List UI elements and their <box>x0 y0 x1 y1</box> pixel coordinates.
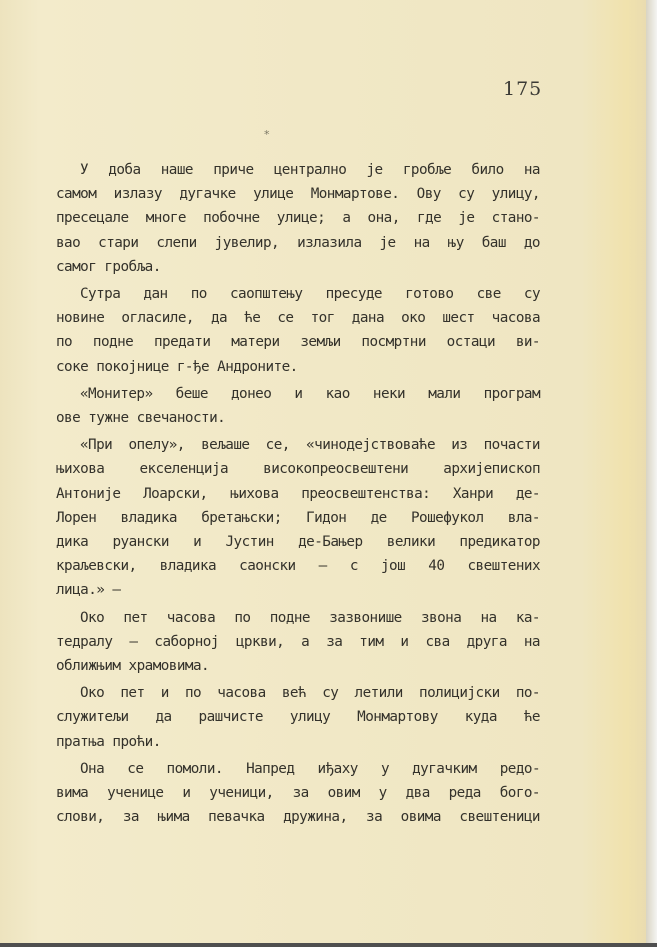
text-line: оближњим храмовима. <box>56 654 540 678</box>
text-line: Лорен владика бретањски; Гидон де Рошефу… <box>56 506 540 530</box>
paragraph: Око пет и по часова већ су летили полици… <box>56 681 540 754</box>
text-line: ове тужне свечаности. <box>56 406 540 430</box>
text-line: вима ученице и ученици, за овим у два ре… <box>56 781 540 805</box>
text-line: по подне предати матери земљи посмртни о… <box>56 330 540 354</box>
text-line: тедралу — саборној цркви, а за тим и сва… <box>56 630 540 654</box>
page-edge <box>646 0 657 943</box>
text-line: краљевски, владика саонски — с још 40 св… <box>56 554 540 578</box>
text-line: служитељи да рашчисте улицу Монмартову к… <box>56 705 540 729</box>
text-line: У доба наше приче централно је гробље би… <box>56 158 540 182</box>
page-number: 175 <box>503 78 542 100</box>
text-line: «Монитер» беше донео и као неки мали про… <box>56 382 540 406</box>
text-line: вао стари слепи јувелир, излазила је на … <box>56 231 540 255</box>
text-line: соке покојнице г-ђе Андроните. <box>56 355 540 379</box>
text-line: пресецале многе побочне улице; а она, гд… <box>56 206 540 230</box>
text-line: дика руански и Јустин де-Бањер велики пр… <box>56 530 540 554</box>
text-line: новине огласиле, да ће се тог дана око ш… <box>56 306 540 330</box>
paragraph: У доба наше приче централно је гробље би… <box>56 158 540 279</box>
text-line: њихова екселенција високопреосвештени ар… <box>56 457 540 481</box>
text-line: слови, за њима певачка дружина, за овима… <box>56 805 540 829</box>
paragraph: Око пет часова по подне зазвонише звона … <box>56 606 540 679</box>
text-line: «При опелу», вељаше се, «чинодејствоваће… <box>56 433 540 457</box>
paragraph: Она се помоли. Напред иђаху у дугачким р… <box>56 757 540 830</box>
paragraph: Сутра дан по саопштењу пресуде готово св… <box>56 282 540 379</box>
section-ornament: * <box>264 128 270 141</box>
text-line: пратња проћи. <box>56 730 540 754</box>
book-page: 175 * У доба наше приче централно је гро… <box>0 0 646 943</box>
text-line: Око пет часова по подне зазвонише звона … <box>56 606 540 630</box>
text-line: Сутра дан по саопштењу пресуде готово св… <box>56 282 540 306</box>
text-line: самог гробља. <box>56 255 540 279</box>
bottom-border <box>0 943 657 947</box>
paragraph: «Монитер» беше донео и као неки мали про… <box>56 382 540 430</box>
text-line: Око пет и по часова већ су летили полици… <box>56 681 540 705</box>
text-line: Она се помоли. Напред иђаху у дугачким р… <box>56 757 540 781</box>
text-line: Антоније Лоарски, њихова преосвештенства… <box>56 482 540 506</box>
paragraph: «При опелу», вељаше се, «чинодејствоваће… <box>56 433 540 602</box>
text-line: самом излазу дугачке улице Монмартове. О… <box>56 182 540 206</box>
body-text: У доба наше приче централно је гробље би… <box>56 158 540 832</box>
text-line: лица.» — <box>56 578 540 602</box>
